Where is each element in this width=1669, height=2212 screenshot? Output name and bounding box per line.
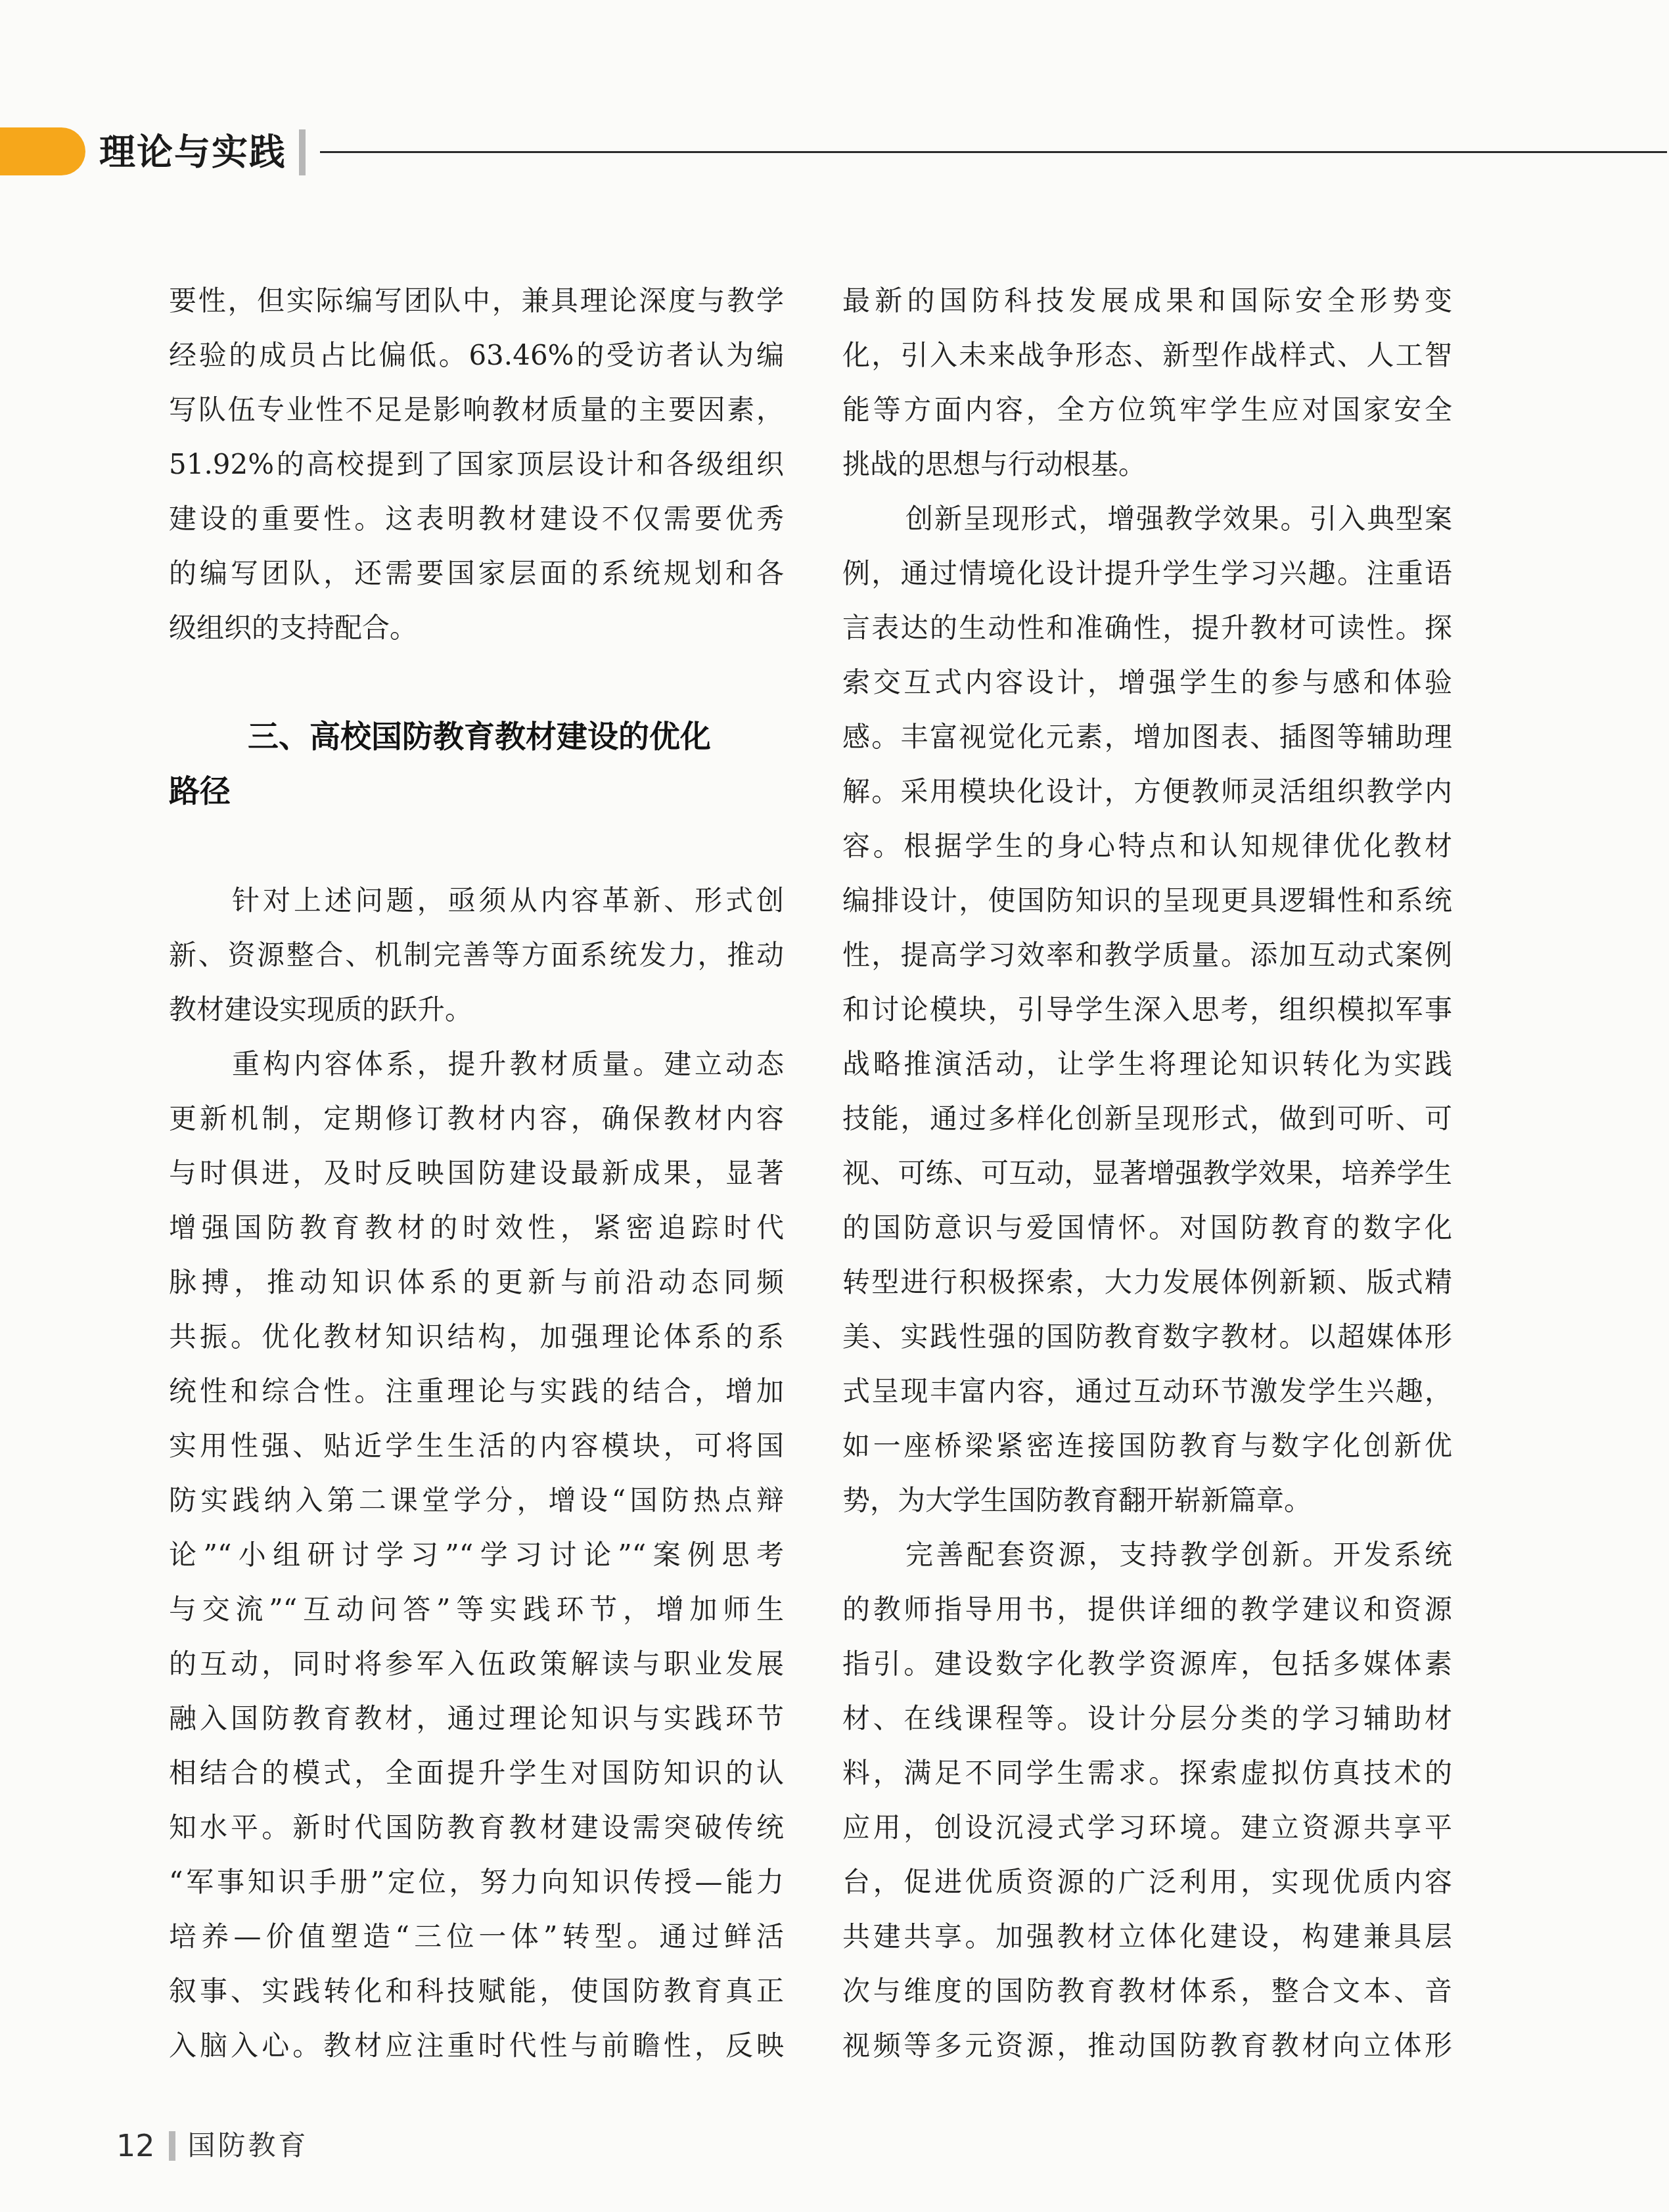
page-number: 12 (116, 2129, 155, 2163)
text-line: 解。采用模块化设计，方便教师灵活组织教学内 (842, 764, 1452, 819)
text-line: 势，为大学生国防教育翻开崭新篇章。 (842, 1473, 1452, 1527)
text-line: 知水平。新时代国防教育教材建设需突破传统 (169, 1800, 784, 1855)
text-line: 料，满足不同学生需求。探索虚拟仿真技术的 (842, 1746, 1452, 1800)
text-line: 美、实践性强的国防教育数字教材。以超媒体形 (842, 1309, 1452, 1364)
text-line: 相结合的模式，全面提升学生对国防知识的认 (169, 1746, 784, 1800)
text-line: 要性，但实际编写团队中，兼具理论深度与教学 (169, 273, 784, 328)
text-line: 创新呈现形式，增强教学效果。引入典型案 (842, 491, 1452, 546)
text-line: 级组织的支持配合。 (169, 600, 784, 655)
text-line: 新、资源整合、机制完善等方面系统发力，推动 (169, 928, 784, 982)
header-divider-bar (299, 129, 306, 175)
heading-line: 路径 (169, 764, 784, 819)
text-line: 51.92%的高校提到了国家顶层设计和各级组织 (169, 437, 784, 491)
text-line: 材、在线课程等。设计分层分类的学习辅助材 (842, 1691, 1452, 1746)
text-line: 的互动，同时将参军入伍政策解读与职业发展 (169, 1636, 784, 1691)
text-line: 与时俱进，及时反映国防建设最新成果，显著 (169, 1146, 784, 1200)
text-line: 实用性强、贴近学生生活的内容模块，可将国 (169, 1418, 784, 1473)
text-line: 战略推演活动，让学生将理论知识转化为实践 (842, 1037, 1452, 1091)
text-line: 化，引入未来战争形态、新型作战样式、人工智 (842, 328, 1452, 382)
text-line: 的国防意识与爱国情怀。对国防教育的数字化 (842, 1200, 1452, 1255)
text-line: 应用，创设沉浸式学习环境。建立资源共享平 (842, 1800, 1452, 1855)
text-line: 增强国防教育教材的时效性，紧密追踪时代 (169, 1200, 784, 1255)
text-line: 经验的成员占比偏低。63.46%的受访者认为编 (169, 328, 784, 382)
article-column-left: 要性，但实际编写团队中，兼具理论深度与教学经验的成员占比偏低。63.46%的受访… (169, 273, 784, 2073)
text-line: 培养—价值塑造“三位一体”转型。通过鲜活 (169, 1909, 784, 1964)
text-line: 台，促进优质资源的广泛利用，实现优质内容 (842, 1855, 1452, 1909)
text-line: 例，通过情境化设计提升学生学习兴趣。注重语 (842, 546, 1452, 600)
text-line: 感。丰富视觉化元素，增加图表、插图等辅助理 (842, 710, 1452, 764)
text-line: 教材建设实现质的跃升。 (169, 982, 784, 1037)
journal-title: 国防教育 (188, 2129, 309, 2163)
text-line: 共建共享。加强教材立体化建设，构建兼具层 (842, 1909, 1452, 1964)
heading-line: 三、高校国防教育教材建设的优化 (169, 710, 784, 764)
accent-pill-shape (0, 127, 85, 175)
footer-divider-bar (169, 2131, 175, 2161)
text-line: 完善配套资源，支持教学创新。开发系统 (842, 1527, 1452, 1582)
text-line: 叙事、实践转化和科技赋能，使国防教育真正 (169, 1964, 784, 2018)
blank-line (169, 655, 784, 710)
text-line: 写队伍专业性不足是影响教材质量的主要因素， (169, 382, 784, 437)
text-line: 防实践纳入第二课堂学分，增设“国防热点辩 (169, 1473, 784, 1527)
page-footer: 12 国防教育 (116, 2129, 309, 2163)
blank-line (169, 819, 784, 873)
text-line: 最新的国防科技发展成果和国际安全形势变 (842, 273, 1452, 328)
article-column-right: 最新的国防科技发展成果和国际安全形势变化，引入未来战争形态、新型作战样式、人工智… (842, 273, 1452, 2073)
text-line: 视频等多元资源，推动国防教育教材向立体形 (842, 2018, 1452, 2073)
text-line: 如一座桥梁紧密连接国防教育与数字化创新优 (842, 1418, 1452, 1473)
text-line: 技能，通过多样化创新呈现形式，做到可听、可 (842, 1091, 1452, 1146)
magazine-page: 理论与实践 要性，但实际编写团队中，兼具理论深度与教学经验的成员占比偏低。63.… (0, 0, 1669, 2212)
text-line: 挑战的思想与行动根基。 (842, 437, 1452, 491)
header-rule-line (320, 151, 1667, 153)
text-line: “军事知识手册”定位，努力向知识传授—能力 (169, 1855, 784, 1909)
text-line: 脉搏，推动知识体系的更新与前沿动态同频 (169, 1255, 784, 1309)
text-line: 视、可练、可互动，显著增强教学效果，培养学生 (842, 1146, 1452, 1200)
text-line: 性，提高学习效率和教学质量。添加互动式案例 (842, 928, 1452, 982)
text-line: 指引。建设数字化教学资源库，包括多媒体素 (842, 1636, 1452, 1691)
text-line: 针对上述问题，亟须从内容革新、形式创 (169, 873, 784, 928)
text-line: 的教师指导用书，提供详细的教学建议和资源 (842, 1582, 1452, 1636)
text-line: 的编写团队，还需要国家层面的系统规划和各 (169, 546, 784, 600)
section-title: 理论与实践 (99, 127, 286, 175)
text-line: 更新机制，定期修订教材内容，确保教材内容 (169, 1091, 784, 1146)
text-line: 论”“小组研讨学习”“学习讨论”“案例思考 (169, 1527, 784, 1582)
text-line: 和讨论模块，引导学生深入思考，组织模拟军事 (842, 982, 1452, 1037)
text-line: 索交互式内容设计，增强学生的参与感和体验 (842, 655, 1452, 710)
text-line: 统性和综合性。注重理论与实践的结合，增加 (169, 1364, 784, 1418)
text-line: 共振。优化教材知识结构，加强理论体系的系 (169, 1309, 784, 1364)
text-line: 转型进行积极探索，大力发展体例新颖、版式精 (842, 1255, 1452, 1309)
text-line: 编排设计，使国防知识的呈现更具逻辑性和系统 (842, 873, 1452, 928)
text-line: 式呈现丰富内容，通过互动环节激发学生兴趣， (842, 1364, 1452, 1418)
text-line: 言表达的生动性和准确性，提升教材可读性。探 (842, 600, 1452, 655)
text-line: 入脑入心。教材应注重时代性与前瞻性，反映 (169, 2018, 784, 2073)
text-line: 建设的重要性。这表明教材建设不仅需要优秀 (169, 491, 784, 546)
text-line: 融入国防教育教材，通过理论知识与实践环节 (169, 1691, 784, 1746)
text-line: 容。根据学生的身心特点和认知规律优化教材 (842, 819, 1452, 873)
text-line: 次与维度的国防教育教材体系，整合文本、音 (842, 1964, 1452, 2018)
text-line: 能等方面内容，全方位筑牢学生应对国家安全 (842, 382, 1452, 437)
text-line: 重构内容体系，提升教材质量。建立动态 (169, 1037, 784, 1091)
text-line: 与交流”“互动问答”等实践环节，增加师生 (169, 1582, 784, 1636)
